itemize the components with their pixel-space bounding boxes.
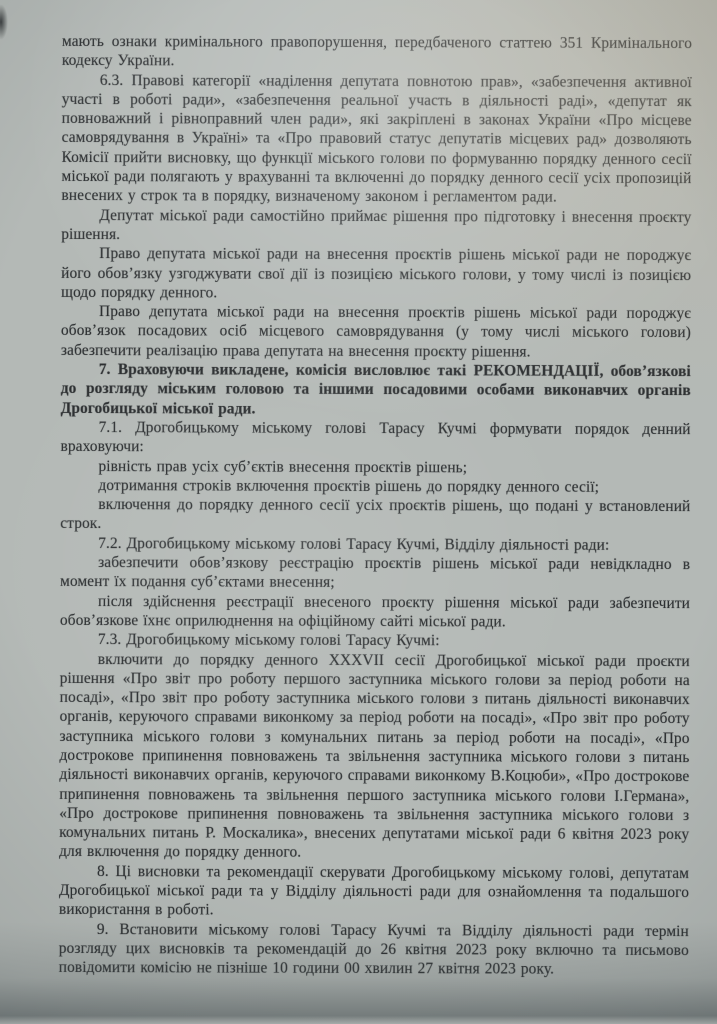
corner-smudge-mark (0, 4, 8, 40)
paragraph: дотримання строків включення проєктів рі… (60, 476, 690, 497)
paragraph: включити до порядку денного XXXVII сесії… (59, 649, 690, 863)
paragraph: Право депутата міської ради на внесення … (61, 302, 691, 362)
photo-of-document-page: мають ознаки кримінального правопорушенн… (0, 0, 717, 1024)
paragraph: 7.2. Дрогобицькому міському голові Тарас… (60, 534, 690, 555)
document-text: мають ознаки кримінального правопорушенн… (59, 32, 692, 980)
paragraph: забезпечити обов’язкову реєстрацію проєк… (60, 553, 690, 594)
paragraph: 7.3. Дрогобицькому міському голові Тарас… (60, 630, 690, 651)
paragraph: Право депутата міської ради на внесення … (61, 244, 691, 304)
paragraph: включення до порядку денного сесії усіх … (60, 495, 690, 536)
paragraph: 6.3. Правові категорії «наділення депута… (61, 70, 691, 207)
paragraph: рівність прав усіх суб’єктів внесення пр… (60, 456, 690, 477)
paragraph: мають ознаки кримінального правопорушенн… (62, 32, 692, 73)
paragraph: 7. Враховуючи викладене, комісія висловл… (61, 360, 691, 420)
paragraph: 9. Встановити міському голові Тарасу Куч… (59, 920, 689, 980)
paragraph: 7.1. Дрогобицькому міському голові Тарас… (61, 418, 691, 459)
paragraph: 8. Ці висновки та рекомендації скерувати… (59, 862, 689, 922)
paragraph: Депутат міської ради самостійно приймає … (61, 206, 691, 247)
paragraph: після здійснення реєстрації внесеного пр… (60, 592, 690, 633)
